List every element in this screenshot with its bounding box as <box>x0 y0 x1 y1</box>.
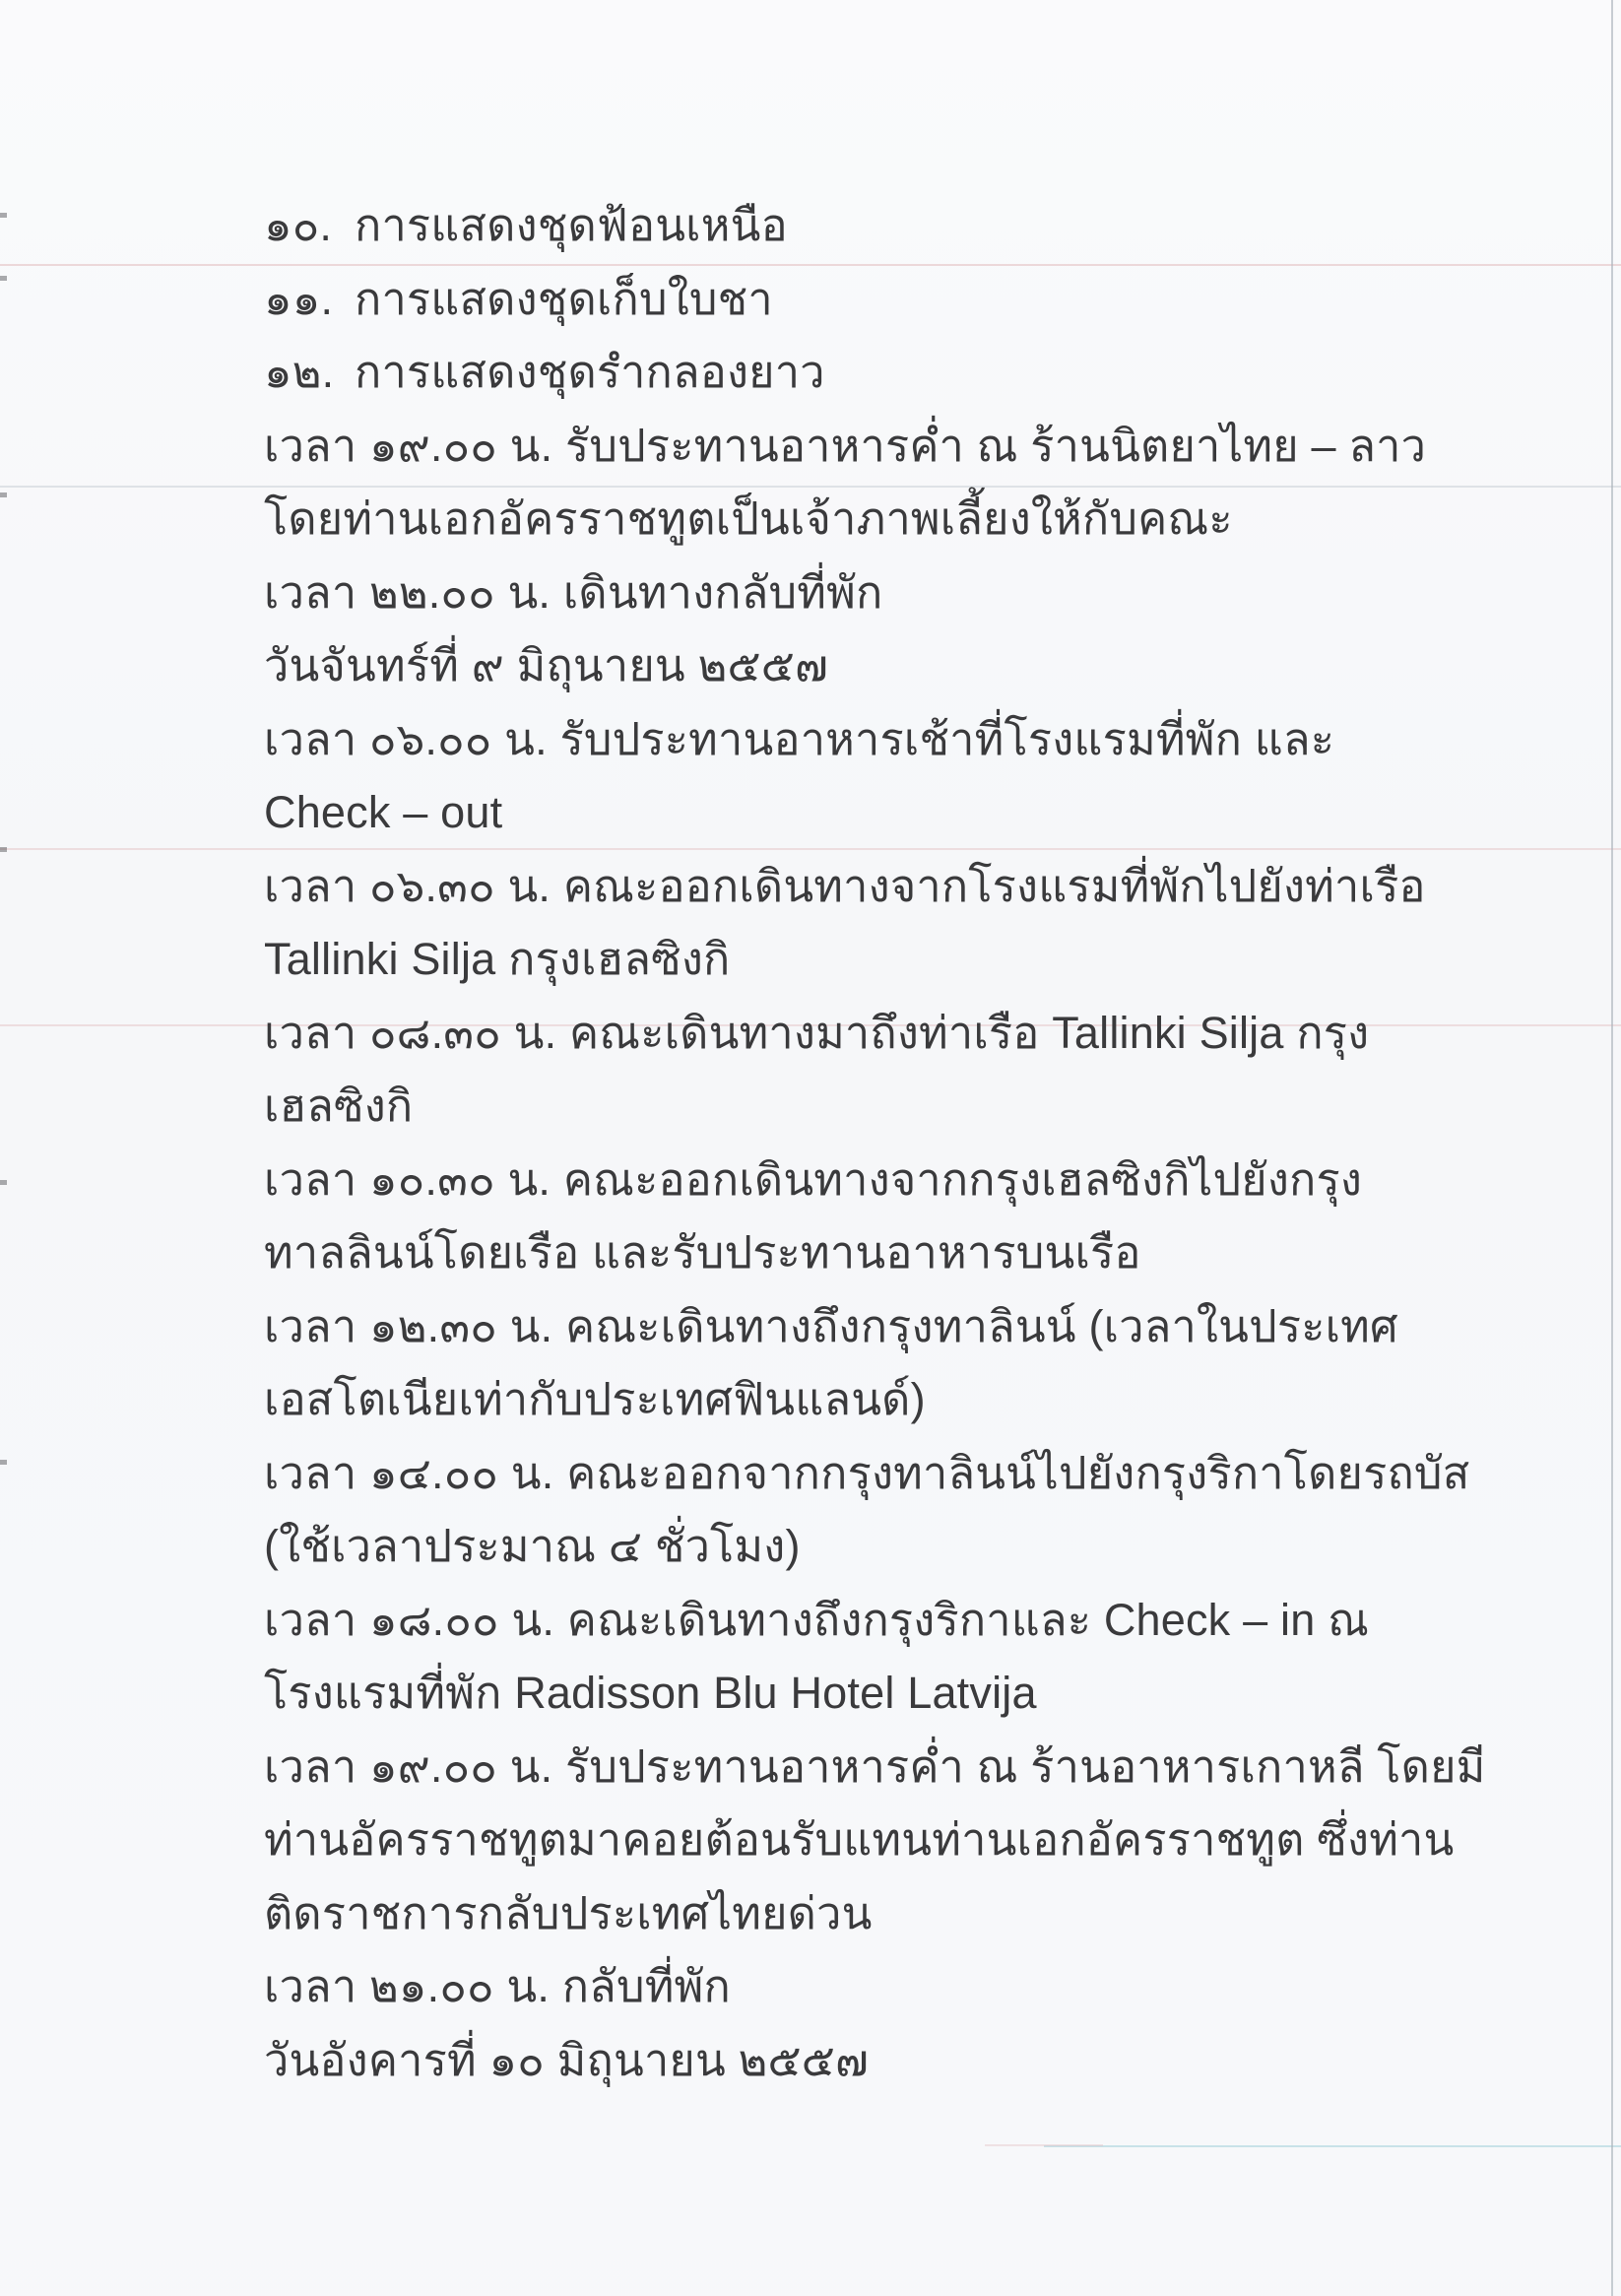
list-item-text: การแสดงชุดฟ้อนเหนือ <box>355 200 788 250</box>
schedule-line: เวลา ๑๔.๐๐ น. คณะออกจากกรุงทาลินน์ไปยังก… <box>264 1437 1485 1511</box>
date-heading: วันอังคารที่ ๑๐ มิถุนายน ๒๕๕๗ <box>264 2024 1485 2098</box>
schedule-line: เวลา ๐๘.๓๐ น. คณะเดินทางมาถึงท่าเรือ Tal… <box>264 997 1485 1071</box>
list-item: ๑๑.การแสดงชุดเก็บใบชา <box>264 263 1485 337</box>
document-text-block: ๑๐.การแสดงชุดฟ้อนเหนือ ๑๑.การแสดงชุดเก็บ… <box>264 189 1485 2097</box>
schedule-line: เอสโตเนียเท่ากับประเทศฟินแลนด์) <box>264 1363 1485 1437</box>
schedule-line: โรงแรมที่พัก Radisson Blu Hotel Latvija <box>264 1657 1485 1731</box>
list-item-number: ๑๑. <box>264 263 355 337</box>
schedule-line: เวลา ๑๙.๐๐ น. รับประทานอาหารค่ำ ณ ร้านอา… <box>264 1731 1485 1804</box>
schedule-line: เวลา ๒๑.๐๐ น. กลับที่พัก <box>264 1950 1485 2024</box>
list-item-number: ๑๐. <box>264 189 355 263</box>
schedule-line: Check – out <box>264 776 1485 850</box>
list-item: ๑๒.การแสดงชุดรำกลองยาว <box>264 336 1485 410</box>
schedule-line: เวลา ๐๖.๓๐ น. คณะออกเดินทางจากโรงแรมที่พ… <box>264 850 1485 924</box>
schedule-line: เวลา ๑๒.๓๐ น. คณะเดินทางถึงกรุงทาลินน์ (… <box>264 1290 1485 1364</box>
schedule-line: เวลา ๑๐.๓๐ น. คณะออกเดินทางจากกรุงเฮลซิง… <box>264 1144 1485 1217</box>
scan-edge-line <box>1611 0 1613 2296</box>
list-item: ๑๐.การแสดงชุดฟ้อนเหนือ <box>264 189 1485 263</box>
scanned-document-page: ๑๐.การแสดงชุดฟ้อนเหนือ ๑๑.การแสดงชุดเก็บ… <box>0 0 1621 2296</box>
scan-smudge <box>0 492 7 497</box>
schedule-line: โดยท่านเอกอัครราชทูตเป็นเจ้าภาพเลี้ยงให้… <box>264 483 1485 557</box>
scan-artifact-line <box>1044 2145 1621 2147</box>
scan-artifact-line <box>985 2144 1103 2146</box>
schedule-line: เวลา ๑๘.๐๐ น. คณะเดินทางถึงกรุงริกาและ C… <box>264 1584 1485 1658</box>
schedule-line: เวลา ๑๙.๐๐ น. รับประทานอาหารค่ำ ณ ร้านนิ… <box>264 410 1485 484</box>
scan-smudge <box>0 213 7 218</box>
schedule-line: เวลา ๐๖.๐๐ น. รับประทานอาหารเช้าที่โรงแร… <box>264 703 1485 777</box>
schedule-line: เฮลซิงกิ <box>264 1070 1485 1144</box>
scan-smudge <box>0 276 7 281</box>
list-item-text: การแสดงชุดเก็บใบชา <box>355 274 773 324</box>
schedule-line: เวลา ๒๒.๐๐ น. เดินทางกลับที่พัก <box>264 557 1485 630</box>
schedule-line: Tallinki Silja กรุงเฮลซิงกิ <box>264 923 1485 997</box>
scan-smudge <box>0 1180 7 1185</box>
list-item-number: ๑๒. <box>264 336 355 410</box>
schedule-line: (ใช้เวลาประมาณ ๔ ชั่วโมง) <box>264 1510 1485 1584</box>
schedule-line: ทาลลินน์โดยเรือ และรับประทานอาหารบนเรือ <box>264 1216 1485 1290</box>
scan-smudge <box>0 1460 7 1465</box>
date-heading: วันจันทร์ที่ ๙ มิถุนายน ๒๕๕๗ <box>264 629 1485 703</box>
list-item-text: การแสดงชุดรำกลองยาว <box>355 347 825 397</box>
schedule-line: ท่านอัครราชทูตมาคอยต้อนรับแทนท่านเอกอัคร… <box>264 1804 1485 1877</box>
schedule-line: ติดราชการกลับประเทศไทยด่วน <box>264 1877 1485 1951</box>
scan-smudge <box>0 847 7 852</box>
